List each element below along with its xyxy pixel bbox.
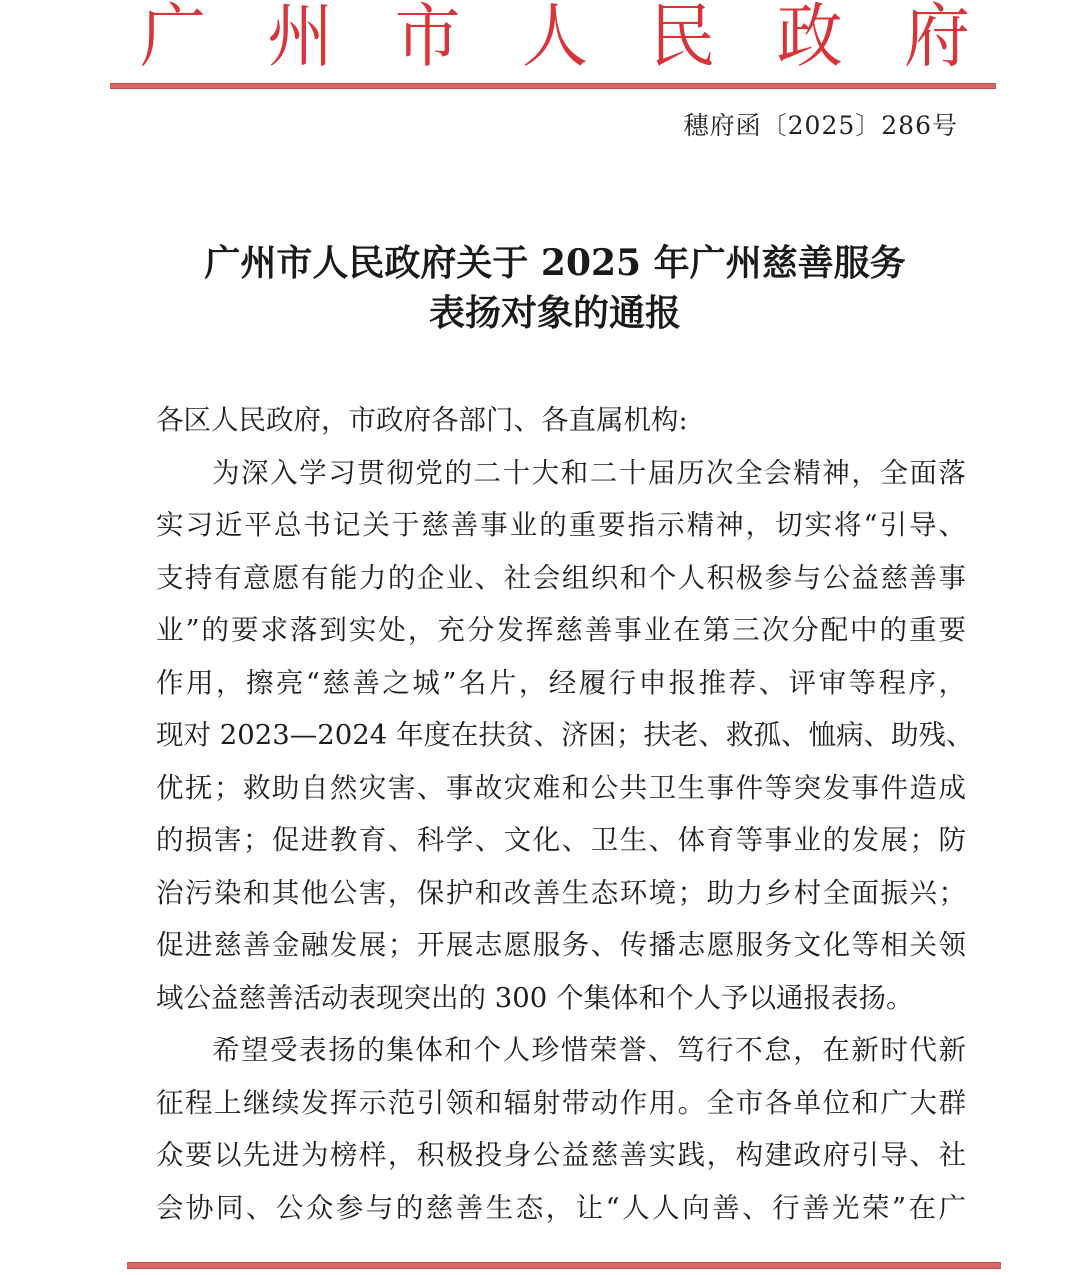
paragraph-line: 为深入学习贯彻党的二十大和二十届历次全会精神，全面落 [156, 447, 966, 500]
document-title: 广州市人民政府关于 2025 年广州慈善服务 表扬对象的通报 [140, 238, 970, 338]
paragraph-line: 征程上继续发挥示范引领和辐射带动作用。全市各单位和广大群 [156, 1077, 966, 1130]
paragraph-line: 实习近平总书记关于慈善事业的重要指示精神，切实将“引导、 [156, 499, 966, 552]
paragraph-line: 业”的要求落到实处，充分发挥慈善事业在第三次分配中的重要 [156, 604, 966, 657]
paragraph-line: 支持有意愿有能力的企业、社会组织和个人积极参与公益慈善事 [156, 552, 966, 605]
red-divider-top [110, 83, 996, 89]
paragraph-line: 作用，擦亮“慈善之城”名片，经履行申报推荐、评审等程序， [156, 657, 966, 710]
masthead-char: 民 [649, 0, 715, 74]
paragraph-line: 会协同、公众参与的慈善生态，让“人人向善、行善光荣”在广 [156, 1182, 966, 1235]
masthead-char: 府 [904, 0, 970, 74]
masthead-char: 广 [140, 0, 206, 74]
masthead-char: 市 [395, 0, 461, 74]
masthead-char: 政 [777, 0, 843, 74]
red-divider-bottom [127, 1262, 1001, 1269]
title-line: 表扬对象的通报 [140, 288, 970, 338]
paragraph-line: 优抚；救助自然灾害、事故灾难和公共卫生事件等突发事件造成 [156, 762, 966, 815]
document-body: 各区人民政府，市政府各部门、各直属机构: 为深入学习贯彻党的二十大和二十届历次全… [156, 394, 966, 1234]
masthead-char: 州 [267, 0, 333, 74]
title-line: 广州市人民政府关于 2025 年广州慈善服务 [140, 238, 970, 288]
paragraph-line: 治污染和其他公害，保护和改善生态环境；助力乡村全面振兴； [156, 867, 966, 920]
salutation: 各区人民政府，市政府各部门、各直属机构: [156, 394, 966, 447]
paragraph-line: 域公益慈善活动表现突出的 300 个集体和个人予以通报表扬。 [156, 972, 966, 1025]
paragraph-line: 众要以先进为榜样，积极投身公益慈善实践，构建政府引导、社 [156, 1129, 966, 1182]
paragraph-line: 促进慈善金融发展；开展志愿服务、传播志愿服务文化等相关领 [156, 919, 966, 972]
paragraph-line: 希望受表扬的集体和个人珍惜荣誉、笃行不怠，在新时代新 [156, 1024, 966, 1077]
document-number: 穗府函〔2025〕286号 [684, 106, 958, 142]
paragraph-line: 现对 2023—2024 年度在扶贫、济困；扶老、救孤、恤病、助残、 [156, 709, 966, 762]
issuer-masthead: 广 州 市 人 民 政 府 [110, 0, 1000, 80]
masthead-char: 人 [522, 0, 588, 74]
paragraph-line: 的损害；促进教育、科学、文化、卫生、体育等事业的发展；防 [156, 814, 966, 867]
